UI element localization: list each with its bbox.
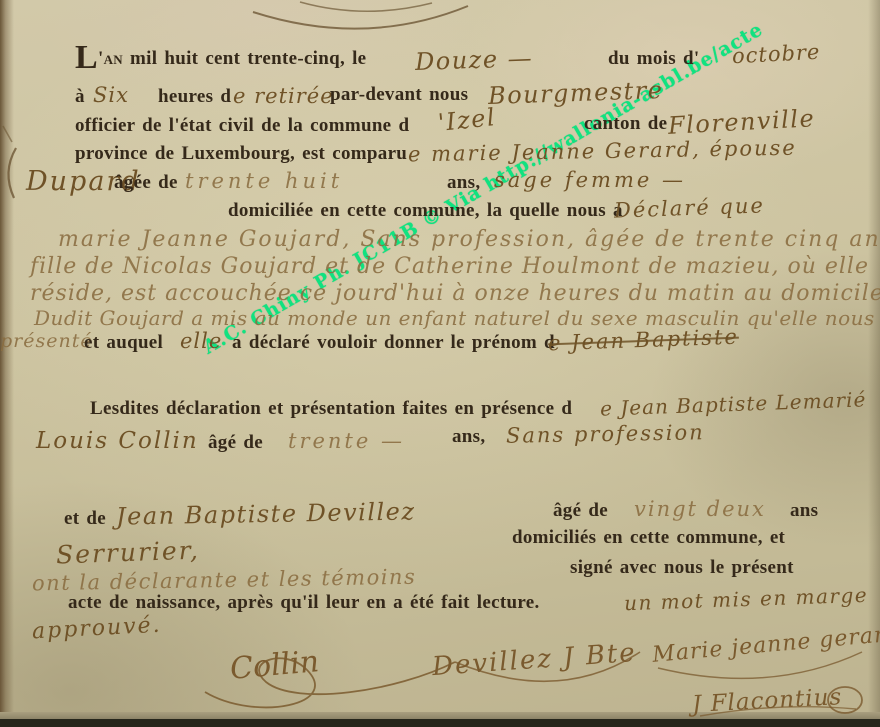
paper-right-edge: [868, 0, 880, 727]
declaration-line-4: Dudit Goujard a mis au monde un enfant n…: [34, 306, 880, 330]
signature-devillez: Devillez J Bte: [431, 638, 637, 682]
closing-domicilies: domiciliés en cette commune, et: [512, 527, 785, 549]
line4-printed: province de Luxembourg, est comparu: [75, 143, 407, 165]
entry-canton: Florenville: [667, 104, 815, 140]
witness1-ans: ans,: [452, 426, 485, 448]
top-arc-flourish: [253, 6, 468, 29]
closing-signe: signé avec nous le présent: [570, 557, 794, 579]
signature-gerard: Marie jeanne gerard: [651, 621, 880, 668]
entry-witness1-name: e Jean Baptiste Lemarié: [600, 387, 867, 420]
prenom-printed-b: a déclaré vouloir donner le prénom d: [232, 332, 555, 354]
scan-bottom-bar: [0, 719, 880, 727]
entry-month: octobre: [731, 40, 821, 69]
paper-left-edge: [0, 0, 14, 727]
line2-printed-c: par-devant nous: [330, 84, 468, 106]
entry-witness1b-name: Louis Collin: [36, 428, 199, 454]
entry-mot-marge: un mot mis en marge: [624, 583, 869, 616]
entry-presente: présenté: [0, 330, 93, 352]
entry-declarant-age: trente huit: [185, 169, 343, 193]
line5-printed-ans: ans,: [447, 172, 480, 194]
signature-collin: Collin: [229, 644, 321, 687]
top-arc-flourish-2: [300, 2, 432, 11]
closing-lecture: acte de naissance, après qu'il leur en a…: [68, 592, 540, 614]
line1-printed-opening: L'an mil huit cent trente-cinq, le: [75, 48, 366, 70]
witness2-age-label: âgé de: [553, 500, 608, 522]
entry-declarant-name: e marie Jeanne Gerard, épouse: [408, 136, 797, 167]
prenom-printed-a: et auquel: [84, 332, 163, 354]
document-page: A.C. Chiny Ph. JC11B © Via http://wallon…: [0, 0, 880, 727]
line1-smallcaps: 'an: [98, 48, 123, 69]
line1-printed-rest: mil huit cent trente-cinq, le: [123, 48, 366, 69]
entry-hour: Six: [93, 83, 129, 107]
entry-hour-suffix: e retirée: [233, 84, 334, 108]
entry-elle: elle: [180, 329, 222, 353]
line3-printed-b: canton de: [584, 113, 667, 135]
entry-declare-que: Déclaré que: [614, 193, 766, 222]
declaration-line-2: fille de Nicolas Goujard et de Catherine…: [30, 254, 869, 279]
line2-printed-b: heures d: [158, 86, 231, 108]
witness2-printed-etde: et de: [64, 508, 106, 530]
declaration-line-3: réside, est accouchée ce jourd'hui à onz…: [30, 281, 880, 306]
entry-witness2-name: Jean Baptiste Devillez: [116, 497, 416, 530]
entry-commune: 'Izel: [437, 103, 498, 137]
line1-printed-month-label: du mois d': [608, 48, 699, 70]
entry-day: Douze —: [415, 44, 534, 76]
line2-printed-a: à: [75, 86, 85, 108]
witness2-ans: ans: [790, 500, 818, 522]
dropcap-L: L: [75, 39, 98, 76]
entry-declarante-temoins: ont la déclarante et les témoins: [32, 565, 417, 596]
entry-witness2-age: vingt deux: [634, 497, 766, 521]
entry-declarant-profession: sage femme —: [494, 168, 686, 192]
entry-witness1-age: trente —: [288, 429, 405, 453]
declaration-line-1: marie Jeanne Goujard, Sans profession, â…: [58, 227, 880, 252]
witness-printed-intro: Lesdites déclaration et présentation fai…: [90, 398, 572, 420]
entry-approuve: approuvé.: [31, 613, 162, 645]
line5-printed-age-label: âgée de: [114, 172, 178, 194]
entry-witness2-profession: Serrurier,: [56, 535, 201, 569]
line6-printed: domiciliée en cette commune, la quelle n…: [228, 200, 623, 222]
entry-witness1-profession: Sans profession: [506, 420, 705, 447]
witness1-age-label: âgé de: [208, 432, 263, 454]
line3-printed-a: officier de l'état civil de la commune d: [75, 115, 409, 137]
